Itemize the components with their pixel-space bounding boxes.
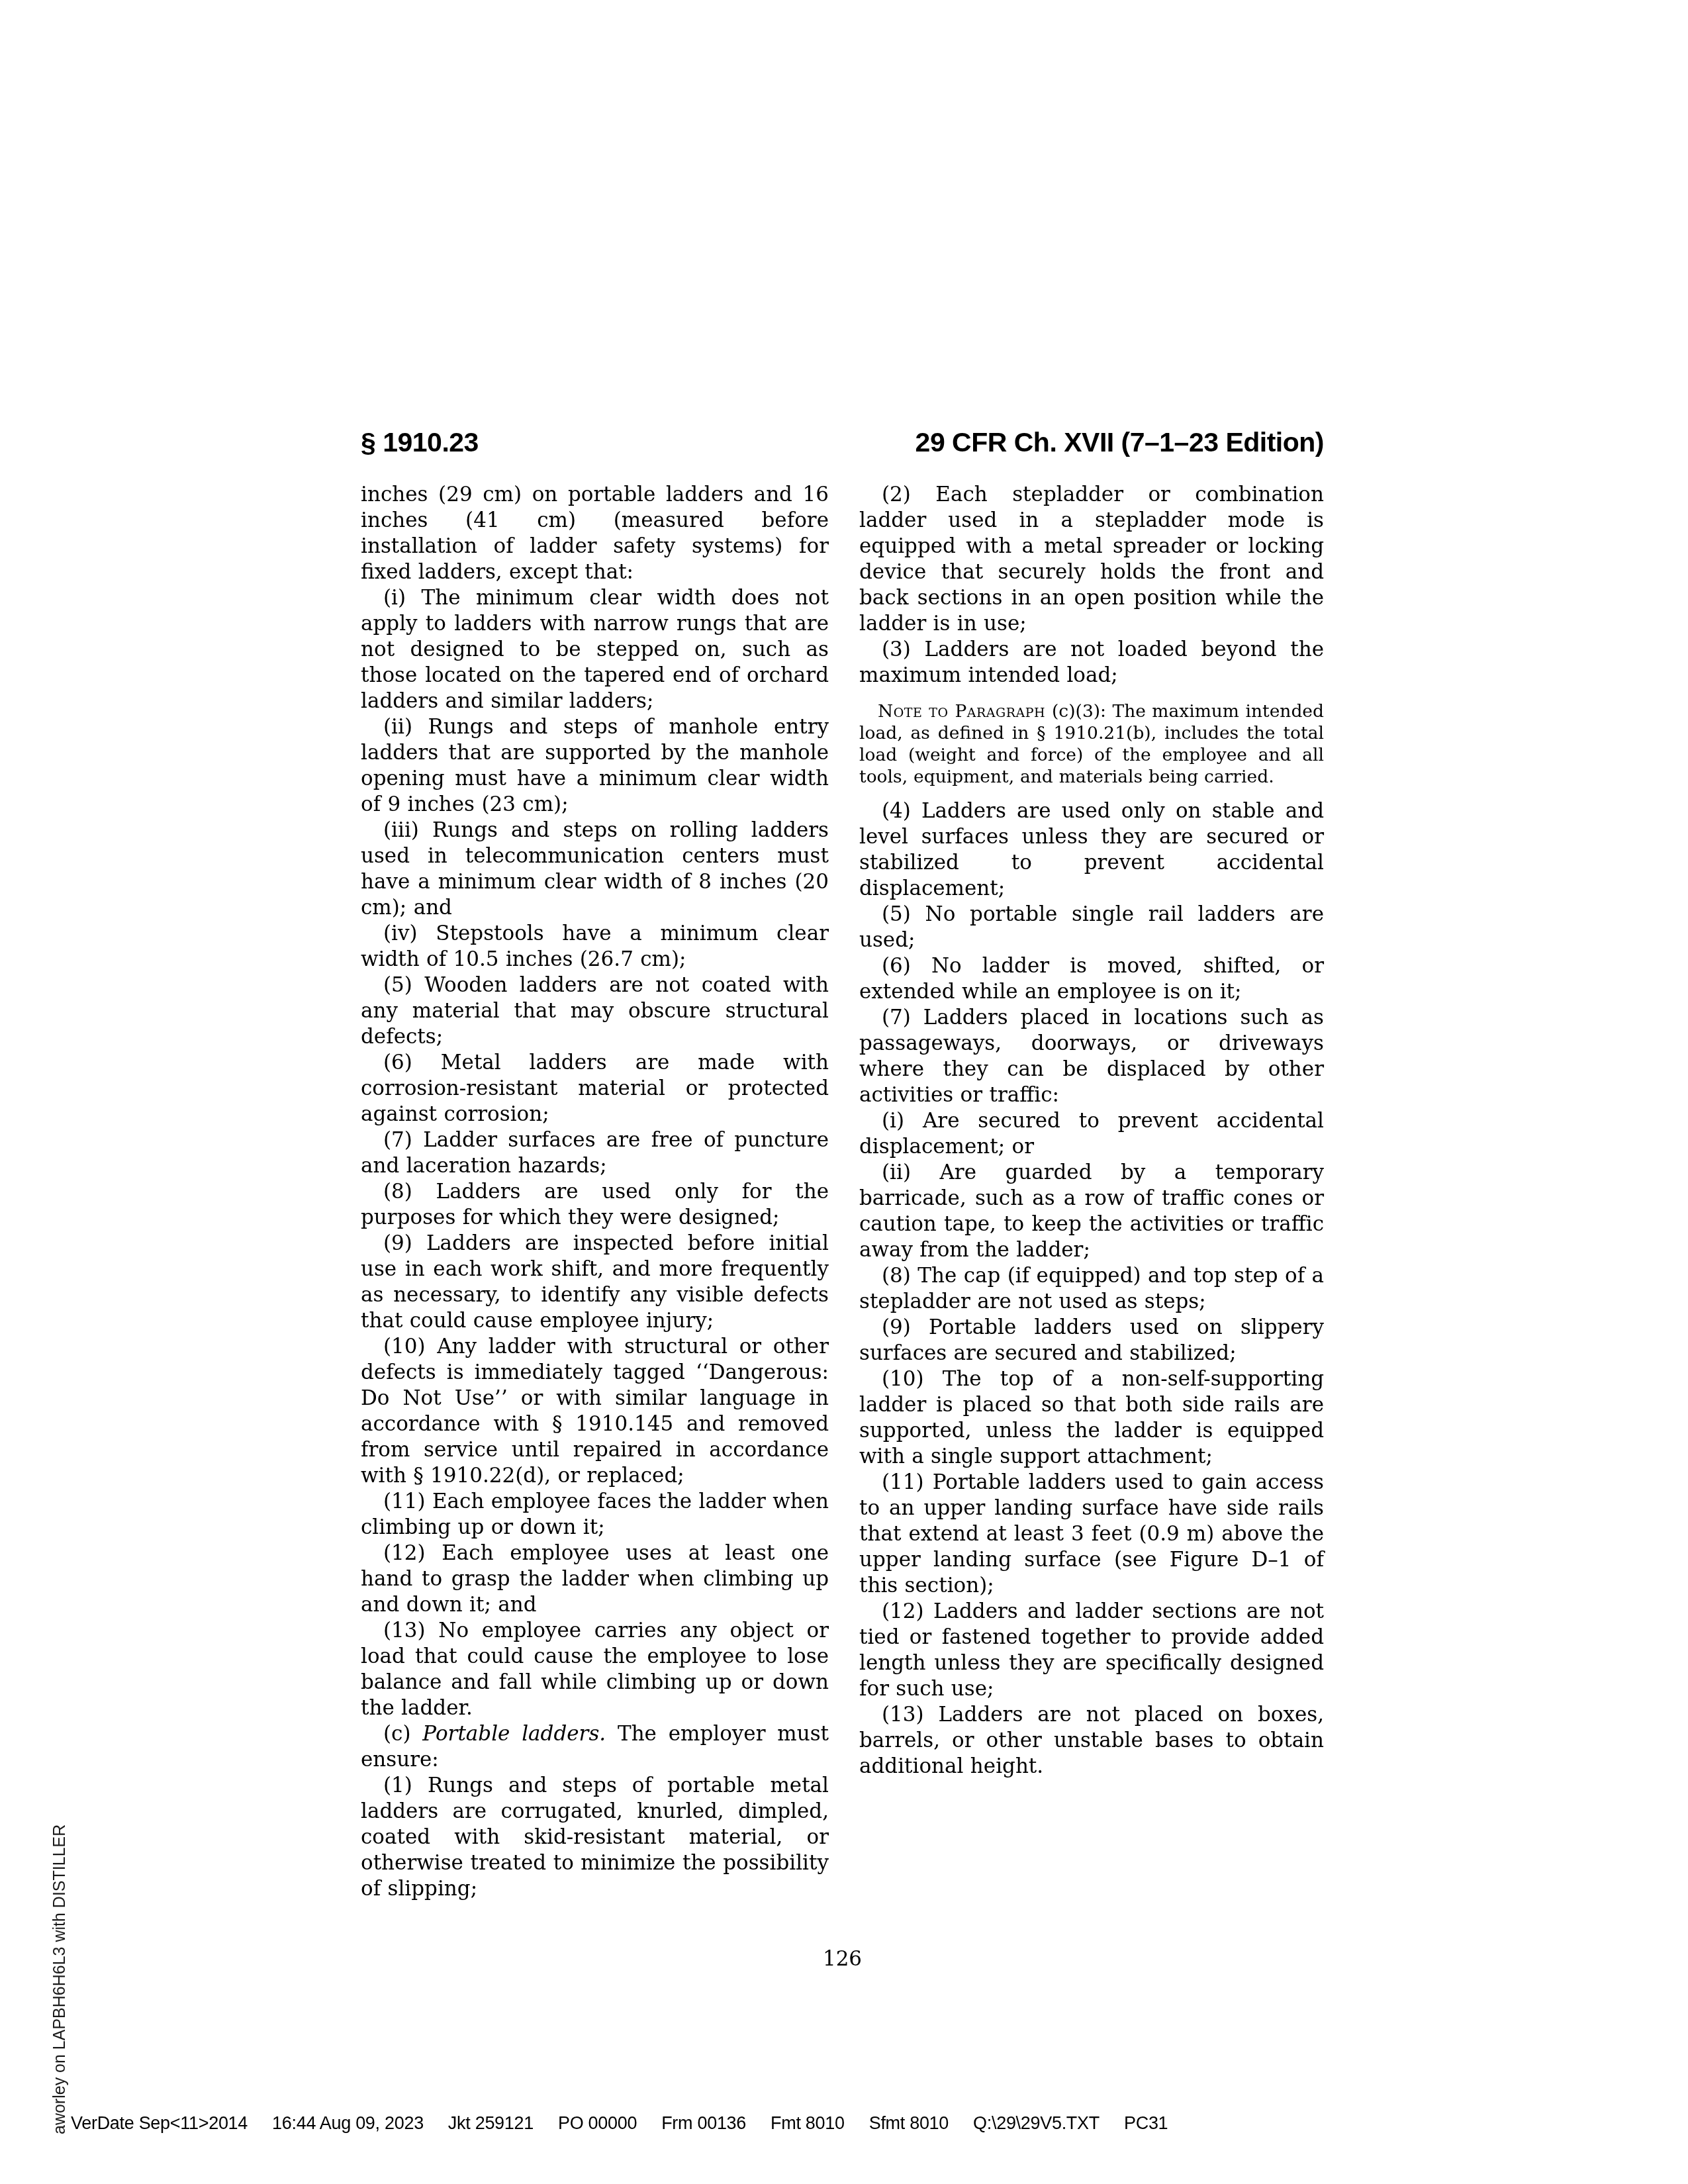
text-segment: (1) Rungs and steps of portable metal la… bbox=[361, 1774, 829, 1901]
body-paragraph: (9) Ladders are inspected before initial… bbox=[361, 1231, 829, 1334]
body-paragraph: (iii) Rungs and steps on rolling ladders… bbox=[361, 818, 829, 921]
body-paragraph: (10) Any ladder with structural or other… bbox=[361, 1334, 829, 1489]
footer-item: Fmt 8010 bbox=[771, 2113, 845, 2133]
body-paragraph: (12) Ladders and ladder sections are not… bbox=[859, 1599, 1324, 1702]
section-number-heading: § 1910.23 bbox=[361, 428, 479, 457]
text-segment: (8) The cap (if equipped) and top step o… bbox=[859, 1264, 1324, 1313]
body-paragraph: (iv) Stepstools have a minimum clear wid… bbox=[361, 921, 829, 973]
footer-item: PC31 bbox=[1124, 2113, 1168, 2133]
text-segment: (12) Ladders and ladder sections are not… bbox=[859, 1599, 1324, 1701]
body-paragraph: (9) Portable ladders used on slippery su… bbox=[859, 1315, 1324, 1366]
body-paragraph: (i) The minimum clear width does not app… bbox=[361, 585, 829, 714]
text-segment: (5) Wooden ladders are not coated with a… bbox=[361, 973, 829, 1049]
body-paragraph: (7) Ladder surfaces are free of puncture… bbox=[361, 1127, 829, 1179]
body-paragraph: (11) Each employee faces the ladder when… bbox=[361, 1489, 829, 1541]
body-paragraph: (2) Each stepladder or combination ladde… bbox=[859, 482, 1324, 637]
body-paragraph: (8) The cap (if equipped) and top step o… bbox=[859, 1263, 1324, 1315]
text-segment: (i) Are secured to prevent accidental di… bbox=[859, 1109, 1324, 1159]
edition-heading: 29 CFR Ch. XVII (7–1–23 Edition) bbox=[915, 428, 1324, 457]
text-segment: inches (29 cm) on portable ladders and 1… bbox=[361, 483, 829, 584]
body-paragraph: (i) Are secured to prevent accidental di… bbox=[859, 1108, 1324, 1160]
text-segment: Portable ladders. bbox=[422, 1722, 606, 1746]
text-segment: (i) The minimum clear width does not app… bbox=[361, 586, 829, 713]
body-paragraph: (13) Ladders are not placed on boxes, ba… bbox=[859, 1702, 1324, 1780]
text-segment: (2) Each stepladder or combination ladde… bbox=[859, 483, 1324, 636]
body-paragraph: (11) Portable ladders used to gain acces… bbox=[859, 1470, 1324, 1599]
text-segment: (8) Ladders are used only for the purpos… bbox=[361, 1180, 829, 1229]
text-segment: (11) Each employee faces the ladder when… bbox=[361, 1490, 829, 1539]
page-number: 126 bbox=[361, 1946, 1324, 1972]
body-paragraph: (13) No employee carries any object or l… bbox=[361, 1618, 829, 1721]
text-segment: (4) Ladders are used only on stable and … bbox=[859, 799, 1324, 900]
body-paragraph: (c) Portable ladders. The employer must … bbox=[361, 1721, 829, 1773]
text-segment: (9) Portable ladders used on slippery su… bbox=[859, 1315, 1324, 1365]
body-paragraph: (3) Ladders are not loaded beyond the ma… bbox=[859, 637, 1324, 688]
text-segment: (6) No ladder is moved, shifted, or exte… bbox=[859, 954, 1324, 1004]
text-segment: (10) The top of a non-self-supporting la… bbox=[859, 1367, 1324, 1468]
body-paragraph: inches (29 cm) on portable ladders and 1… bbox=[361, 482, 829, 585]
text-segment: (13) Ladders are not placed on boxes, ba… bbox=[859, 1703, 1324, 1778]
text-segment: (11) Portable ladders used to gain acces… bbox=[859, 1470, 1324, 1597]
text-segment: (iii) Rungs and steps on rolling ladders… bbox=[361, 818, 829, 920]
text-segment: (6) Metal ladders are made with corrosio… bbox=[361, 1051, 829, 1126]
body-paragraph: (8) Ladders are used only for the purpos… bbox=[361, 1179, 829, 1231]
text-segment: (10) Any ladder with structural or other… bbox=[361, 1335, 829, 1488]
text-segment: (7) Ladder surfaces are free of puncture… bbox=[361, 1128, 829, 1178]
text-segment: (9) Ladders are inspected before initial… bbox=[361, 1231, 829, 1333]
body-paragraph: (ii) Rungs and steps of manhole entry la… bbox=[361, 714, 829, 818]
text-segment: (ii) Rungs and steps of manhole entry la… bbox=[361, 715, 829, 816]
text-segment: (3) Ladders are not loaded beyond the ma… bbox=[859, 638, 1324, 687]
footer-item: PO 00000 bbox=[558, 2113, 637, 2133]
body-paragraph: (10) The top of a non-self-supporting la… bbox=[859, 1366, 1324, 1470]
note-paragraph: Note to Paragraph (c)(3): The maximum in… bbox=[859, 700, 1324, 788]
footer-item: Sfmt 8010 bbox=[869, 2113, 949, 2133]
document-page: aworley on LAPBH6H6L3 with DISTILLER § 1… bbox=[0, 0, 1688, 2184]
text-segment: (ii) Are guarded by a temporary barricad… bbox=[859, 1161, 1324, 1262]
print-footer: VerDate Sep<11>201416:44 Aug 09, 2023Jkt… bbox=[71, 2113, 1168, 2133]
text-segment: (13) No employee carries any object or l… bbox=[361, 1619, 829, 1720]
body-paragraph: (ii) Are guarded by a temporary barricad… bbox=[859, 1160, 1324, 1263]
text-segment: (c) bbox=[383, 1722, 422, 1746]
body-paragraph: (4) Ladders are used only on stable and … bbox=[859, 798, 1324, 902]
text-segment: (7) Ladders placed in locations such as … bbox=[859, 1006, 1324, 1107]
footer-item: Q:\29\29V5.TXT bbox=[973, 2113, 1100, 2133]
text-segment: Note to Paragraph bbox=[878, 701, 1052, 722]
left-text-column: inches (29 cm) on portable ladders and 1… bbox=[361, 482, 829, 1902]
footer-item: VerDate Sep<11>2014 bbox=[71, 2113, 248, 2133]
footer-item: Jkt 259121 bbox=[448, 2113, 534, 2133]
text-segment: (5) No portable single rail ladders are … bbox=[859, 902, 1324, 952]
body-paragraph: (7) Ladders placed in locations such as … bbox=[859, 1005, 1324, 1108]
distiller-watermark-vertical-text: aworley on LAPBH6H6L3 with DISTILLER bbox=[50, 1825, 70, 2134]
footer-item: Frm 00136 bbox=[661, 2113, 746, 2133]
text-segment: (12) Each employee uses at least one han… bbox=[361, 1541, 829, 1617]
body-paragraph: (12) Each employee uses at least one han… bbox=[361, 1541, 829, 1618]
body-paragraph: (1) Rungs and steps of portable metal la… bbox=[361, 1773, 829, 1902]
page-header: § 1910.23 29 CFR Ch. XVII (7–1–23 Editio… bbox=[361, 428, 1324, 457]
body-paragraph: (5) Wooden ladders are not coated with a… bbox=[361, 973, 829, 1050]
footer-item: 16:44 Aug 09, 2023 bbox=[272, 2113, 424, 2133]
body-paragraph: (6) Metal ladders are made with corrosio… bbox=[361, 1050, 829, 1127]
body-paragraph: (5) No portable single rail ladders are … bbox=[859, 902, 1324, 953]
right-text-column: (2) Each stepladder or combination ladde… bbox=[859, 482, 1324, 1780]
body-paragraph: (6) No ladder is moved, shifted, or exte… bbox=[859, 953, 1324, 1005]
text-segment: (iv) Stepstools have a minimum clear wid… bbox=[361, 922, 829, 971]
